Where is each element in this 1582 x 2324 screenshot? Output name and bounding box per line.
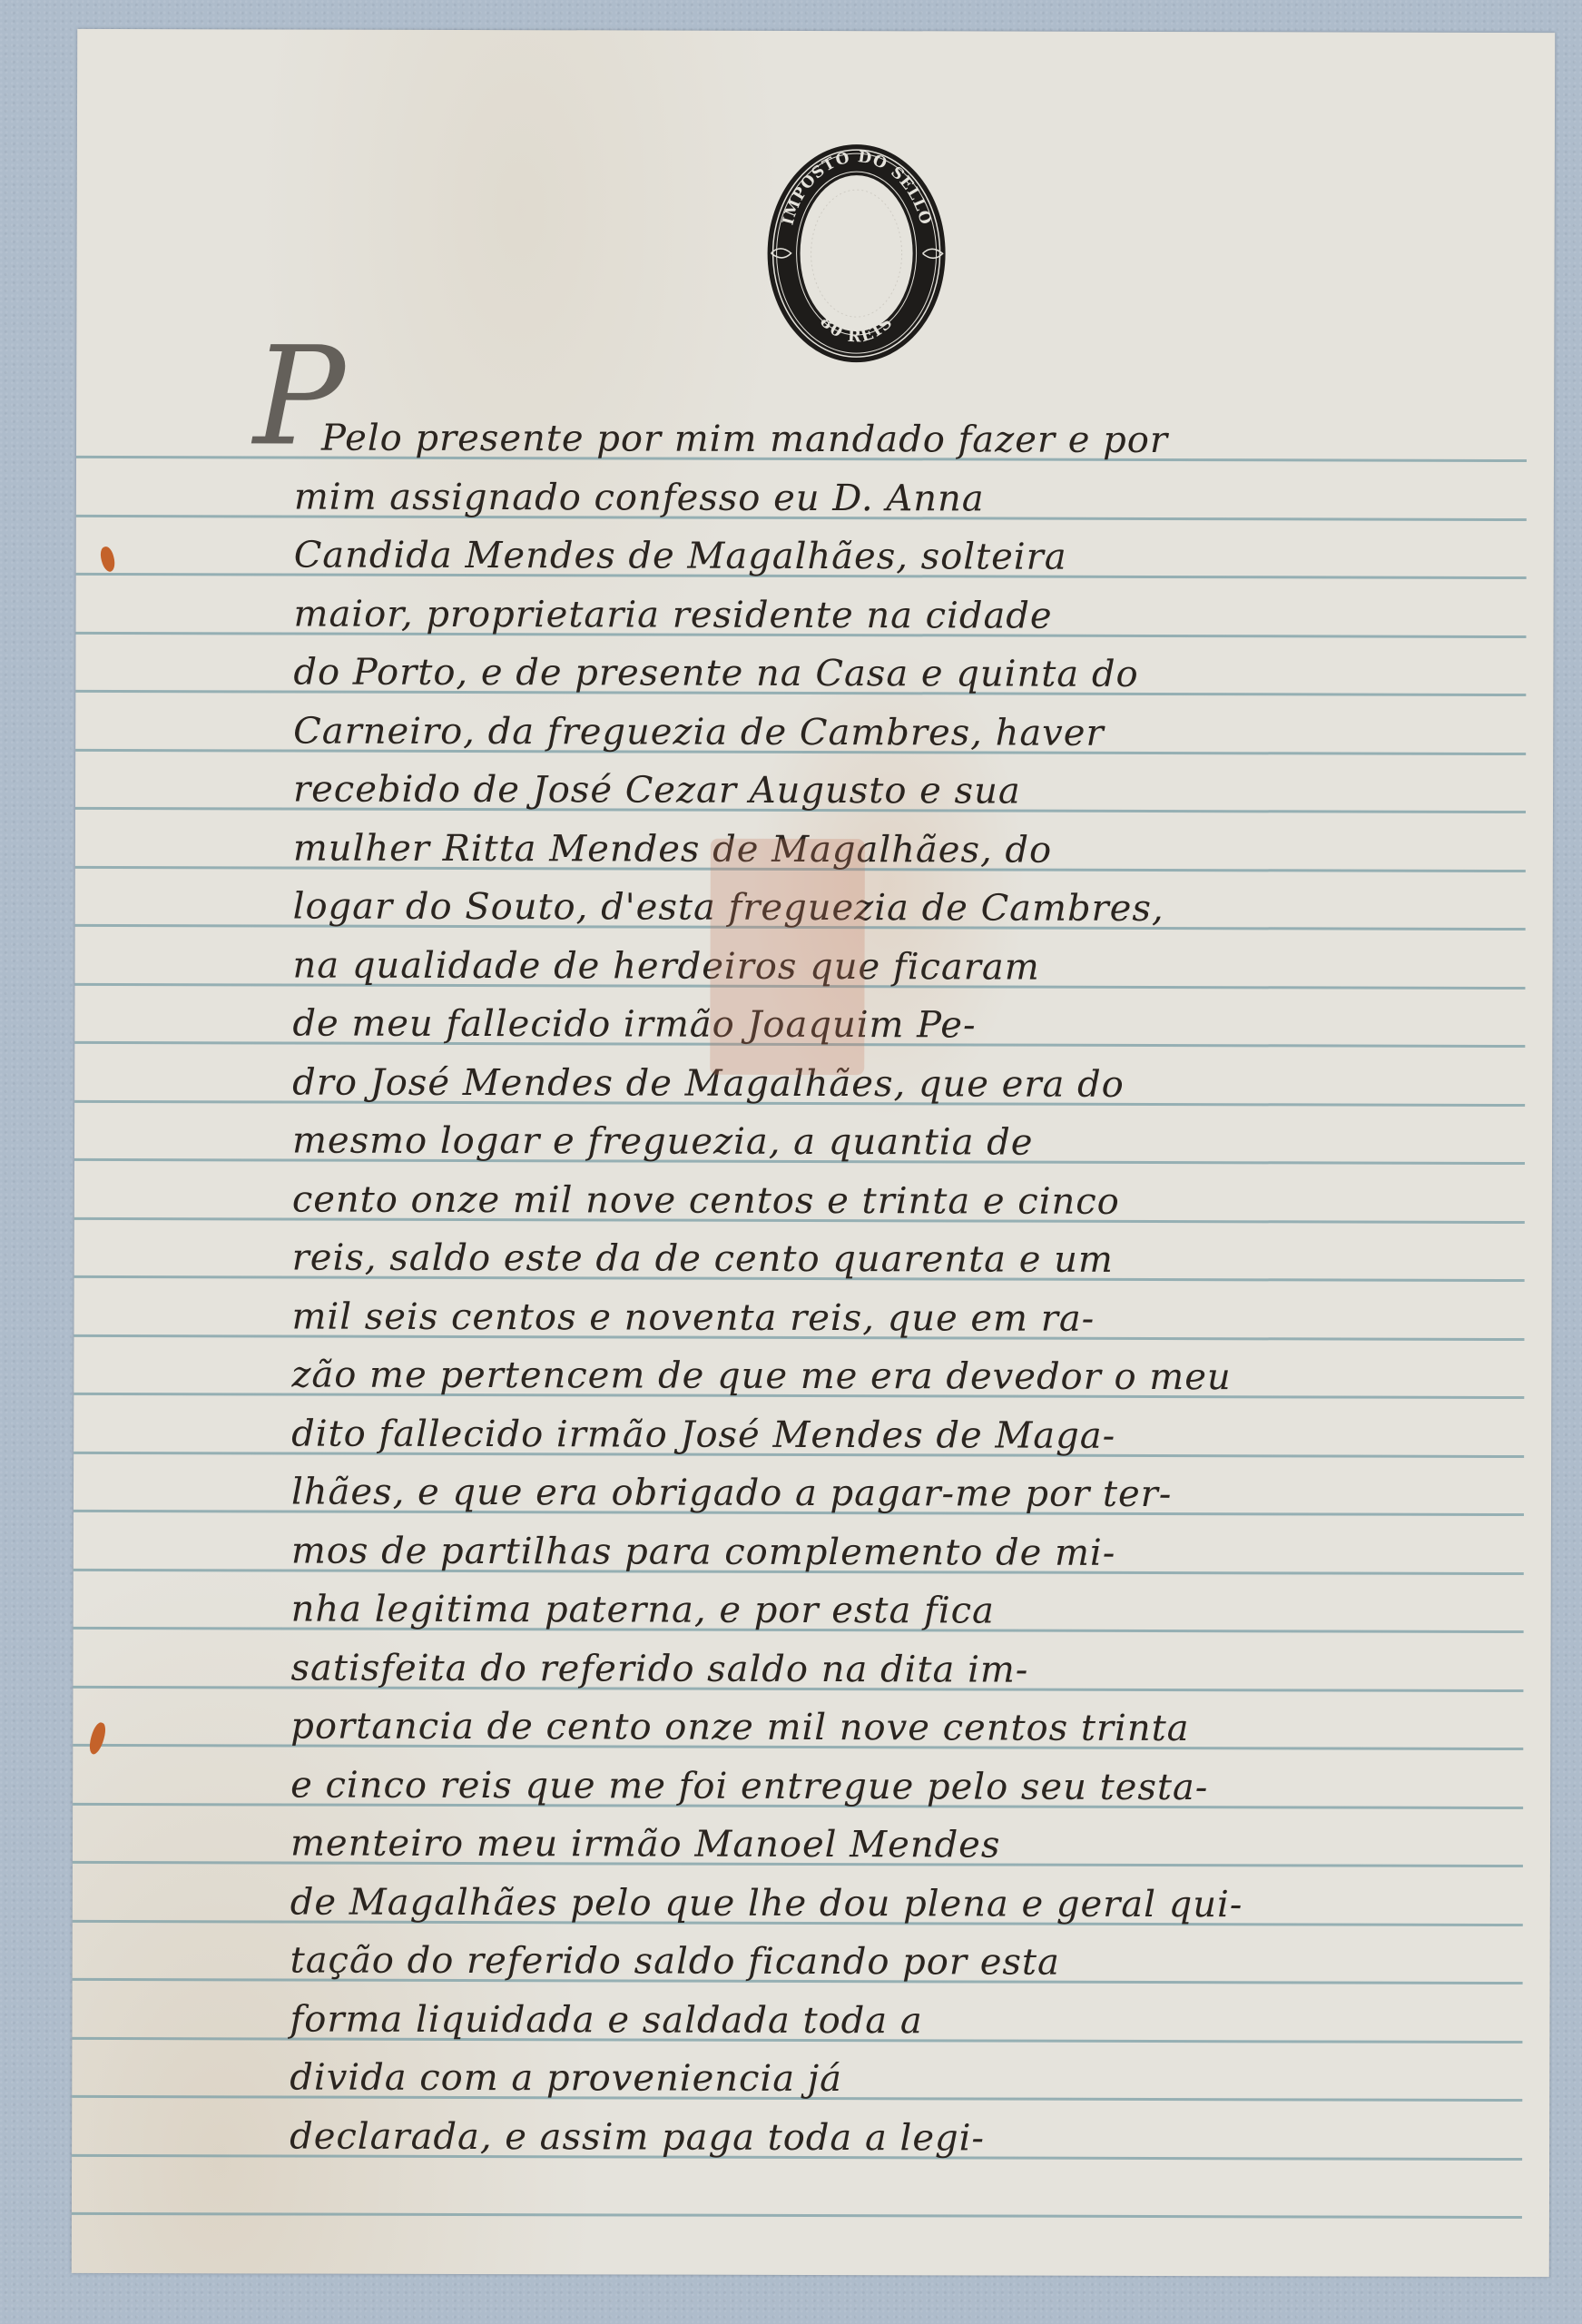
handwritten-body: Pelo presente por mim mandado fazer e po… (77, 29, 1555, 33)
ruled-lines (77, 29, 1555, 33)
handwritten-line: forma liquidada e saldada toda a (290, 2001, 1524, 2041)
seal-icon: IMPOSTO DO SELLO 80 REIS (763, 140, 950, 368)
handwritten-line: e cinco reis que me foi entregue pelo se… (290, 1767, 1525, 1807)
handwritten-line: de meu fallecido irmão Joaquim Pe- (292, 1005, 1527, 1045)
revenue-stamp: IMPOSTO DO SELLO 80 REIS (763, 140, 950, 368)
handwritten-line: satisfeita do referido saldo na dita im- (290, 1649, 1525, 1689)
water-stain (710, 839, 865, 1075)
document-sheet: IMPOSTO DO SELLO 80 REIS P Pelo presente… (72, 29, 1555, 2277)
handwritten-line: cento onze mil nove centos e trinta e ci… (292, 1181, 1527, 1221)
handwritten-line: Candida Mendes de Magalhães, solteira (294, 537, 1528, 576)
rust-stain (98, 546, 117, 574)
handwritten-line: tação do referido saldo ficando por esta (290, 1942, 1525, 1982)
handwritten-line: recebido de José Cezar Augusto e sua (293, 771, 1528, 811)
handwritten-line: declarada, e assim paga toda a legi- (290, 2118, 1524, 2158)
handwritten-line: divida com a proveniencia já (290, 2059, 1524, 2099)
handwritten-line: Pelo presente por mim mandado fazer e po… (321, 420, 1556, 460)
handwritten-line: logar do Souto, d'esta freguezia de Camb… (293, 888, 1528, 928)
handwritten-line: do Porto, e de presente na Casa e quinta… (293, 654, 1528, 694)
handwritten-line: dro José Mendes de Magalhães, que era do (292, 1064, 1527, 1104)
handwritten-line: maior, proprietaria residente na cidade (294, 596, 1528, 635)
handwritten-line: mil seis centos e noventa reis, que em r… (291, 1298, 1526, 1338)
ruled-line (72, 2212, 1522, 2219)
handwritten-line: mim assignado confesso eu D. Anna (294, 478, 1528, 518)
handwritten-line: reis, saldo este da de cento quarenta e … (292, 1239, 1527, 1279)
handwritten-line: portancia de cento onze mil nove centos … (290, 1708, 1525, 1748)
handwritten-line: mos de partilhas para complemento de mi- (291, 1532, 1526, 1572)
handwritten-line: dito fallecido irmão José Mendes de Maga… (291, 1415, 1526, 1455)
handwritten-line: mesmo logar e freguezia, a quantia de (292, 1122, 1527, 1162)
handwritten-line: Carneiro, da freguezia de Cambres, haver (293, 713, 1528, 753)
rust-stain (87, 1721, 108, 1756)
handwritten-line: na qualidade de herdeiros que ficaram (292, 947, 1527, 987)
handwritten-line: lhães, e que era obrigado a pagar-me por… (291, 1473, 1526, 1513)
handwritten-line: menteiro meu irmão Manoel Mendes (290, 1825, 1525, 1865)
handwritten-line: nha legitima paterna, e por esta fica (291, 1590, 1526, 1630)
handwritten-line: mulher Ritta Mendes de Magalhães, do (293, 830, 1528, 870)
handwritten-line: de Magalhães pelo que lhe dou plena e ge… (290, 1884, 1525, 1924)
handwritten-line: zão me pertencem de que me era devedor o… (291, 1356, 1526, 1396)
